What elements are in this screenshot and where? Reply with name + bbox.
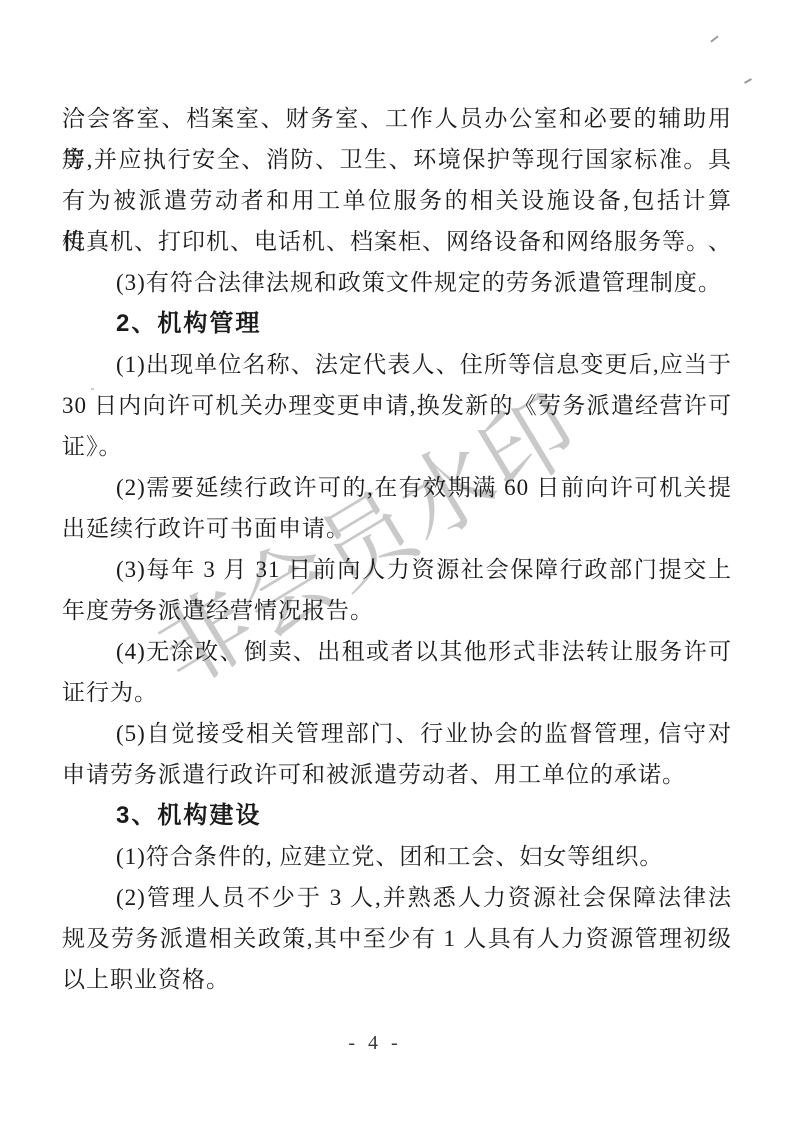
text-line: (4)无涂改、倒卖、出租或者以其他形式非法转让服务许可 [62,631,732,672]
text-line: 30 日内向许可机关办理变更申请,换发新的《劳务派遣经营许可 [62,385,732,426]
document-body: 洽会客室、档案室、财务室、工作人员办公室和必要的辅助用房等,并应执行安全、消防、… [62,98,732,1000]
text-line: (2)管理人员不少于 3 人,并熟悉人力资源社会保障法律法 [62,877,732,918]
section-heading: 3、机构建设 [62,795,732,836]
page-number: - 4 - [300,1032,450,1055]
text-line: 传真机、打印机、电话机、档案柜、网络设备和网络服务等。 [62,221,732,262]
document-page: 非会员水印 洽会客室、档案室、财务室、工作人员办公室和必要的辅助用房等,并应执行… [0,0,792,1122]
text-line: (2)需要延续行政许可的,在有效期满 60 日前向许可机关提 [62,467,732,508]
text-line: (3)有符合法律法规和政策文件规定的劳务派遣管理制度。 [62,262,732,303]
text-line: 证行为。 [62,672,732,713]
text-line: 年度劳务派遣经营情况报告。 [62,590,732,631]
text-line: 有为被派遣劳动者和用工单位服务的相关设施设备,包括计算机、 [62,180,732,221]
text-line: (3)每年 3 月 31 日前向人力资源社会保障行政部门提交上一 [62,549,732,590]
text-line: 等,并应执行安全、消防、卫生、环境保护等现行国家标准。具 [62,139,732,180]
text-line: 以上职业资格。 [62,959,732,1000]
scan-speckle [91,388,94,390]
scan-speckle [744,78,752,84]
text-line: 规及劳务派遣相关政策,其中至少有 1 人具有人力资源管理初级 [62,918,732,959]
scan-speckle [710,35,718,42]
text-line: 洽会客室、档案室、财务室、工作人员办公室和必要的辅助用房 [62,98,732,139]
text-line: 申请劳务派遣行政许可和被派遣劳动者、用工单位的承诺。 [62,754,732,795]
section-heading: 2、机构管理 [62,303,732,344]
text-line: (1)出现单位名称、法定代表人、住所等信息变更后,应当于 [62,344,732,385]
text-line: 出延续行政许可书面申请。 [62,508,732,549]
text-line: (1)符合条件的, 应建立党、团和工会、妇女等组织。 [62,836,732,877]
text-line: 证》。 [62,426,732,467]
text-line: (5)自觉接受相关管理部门、行业协会的监督管理, 信守对 [62,713,732,754]
